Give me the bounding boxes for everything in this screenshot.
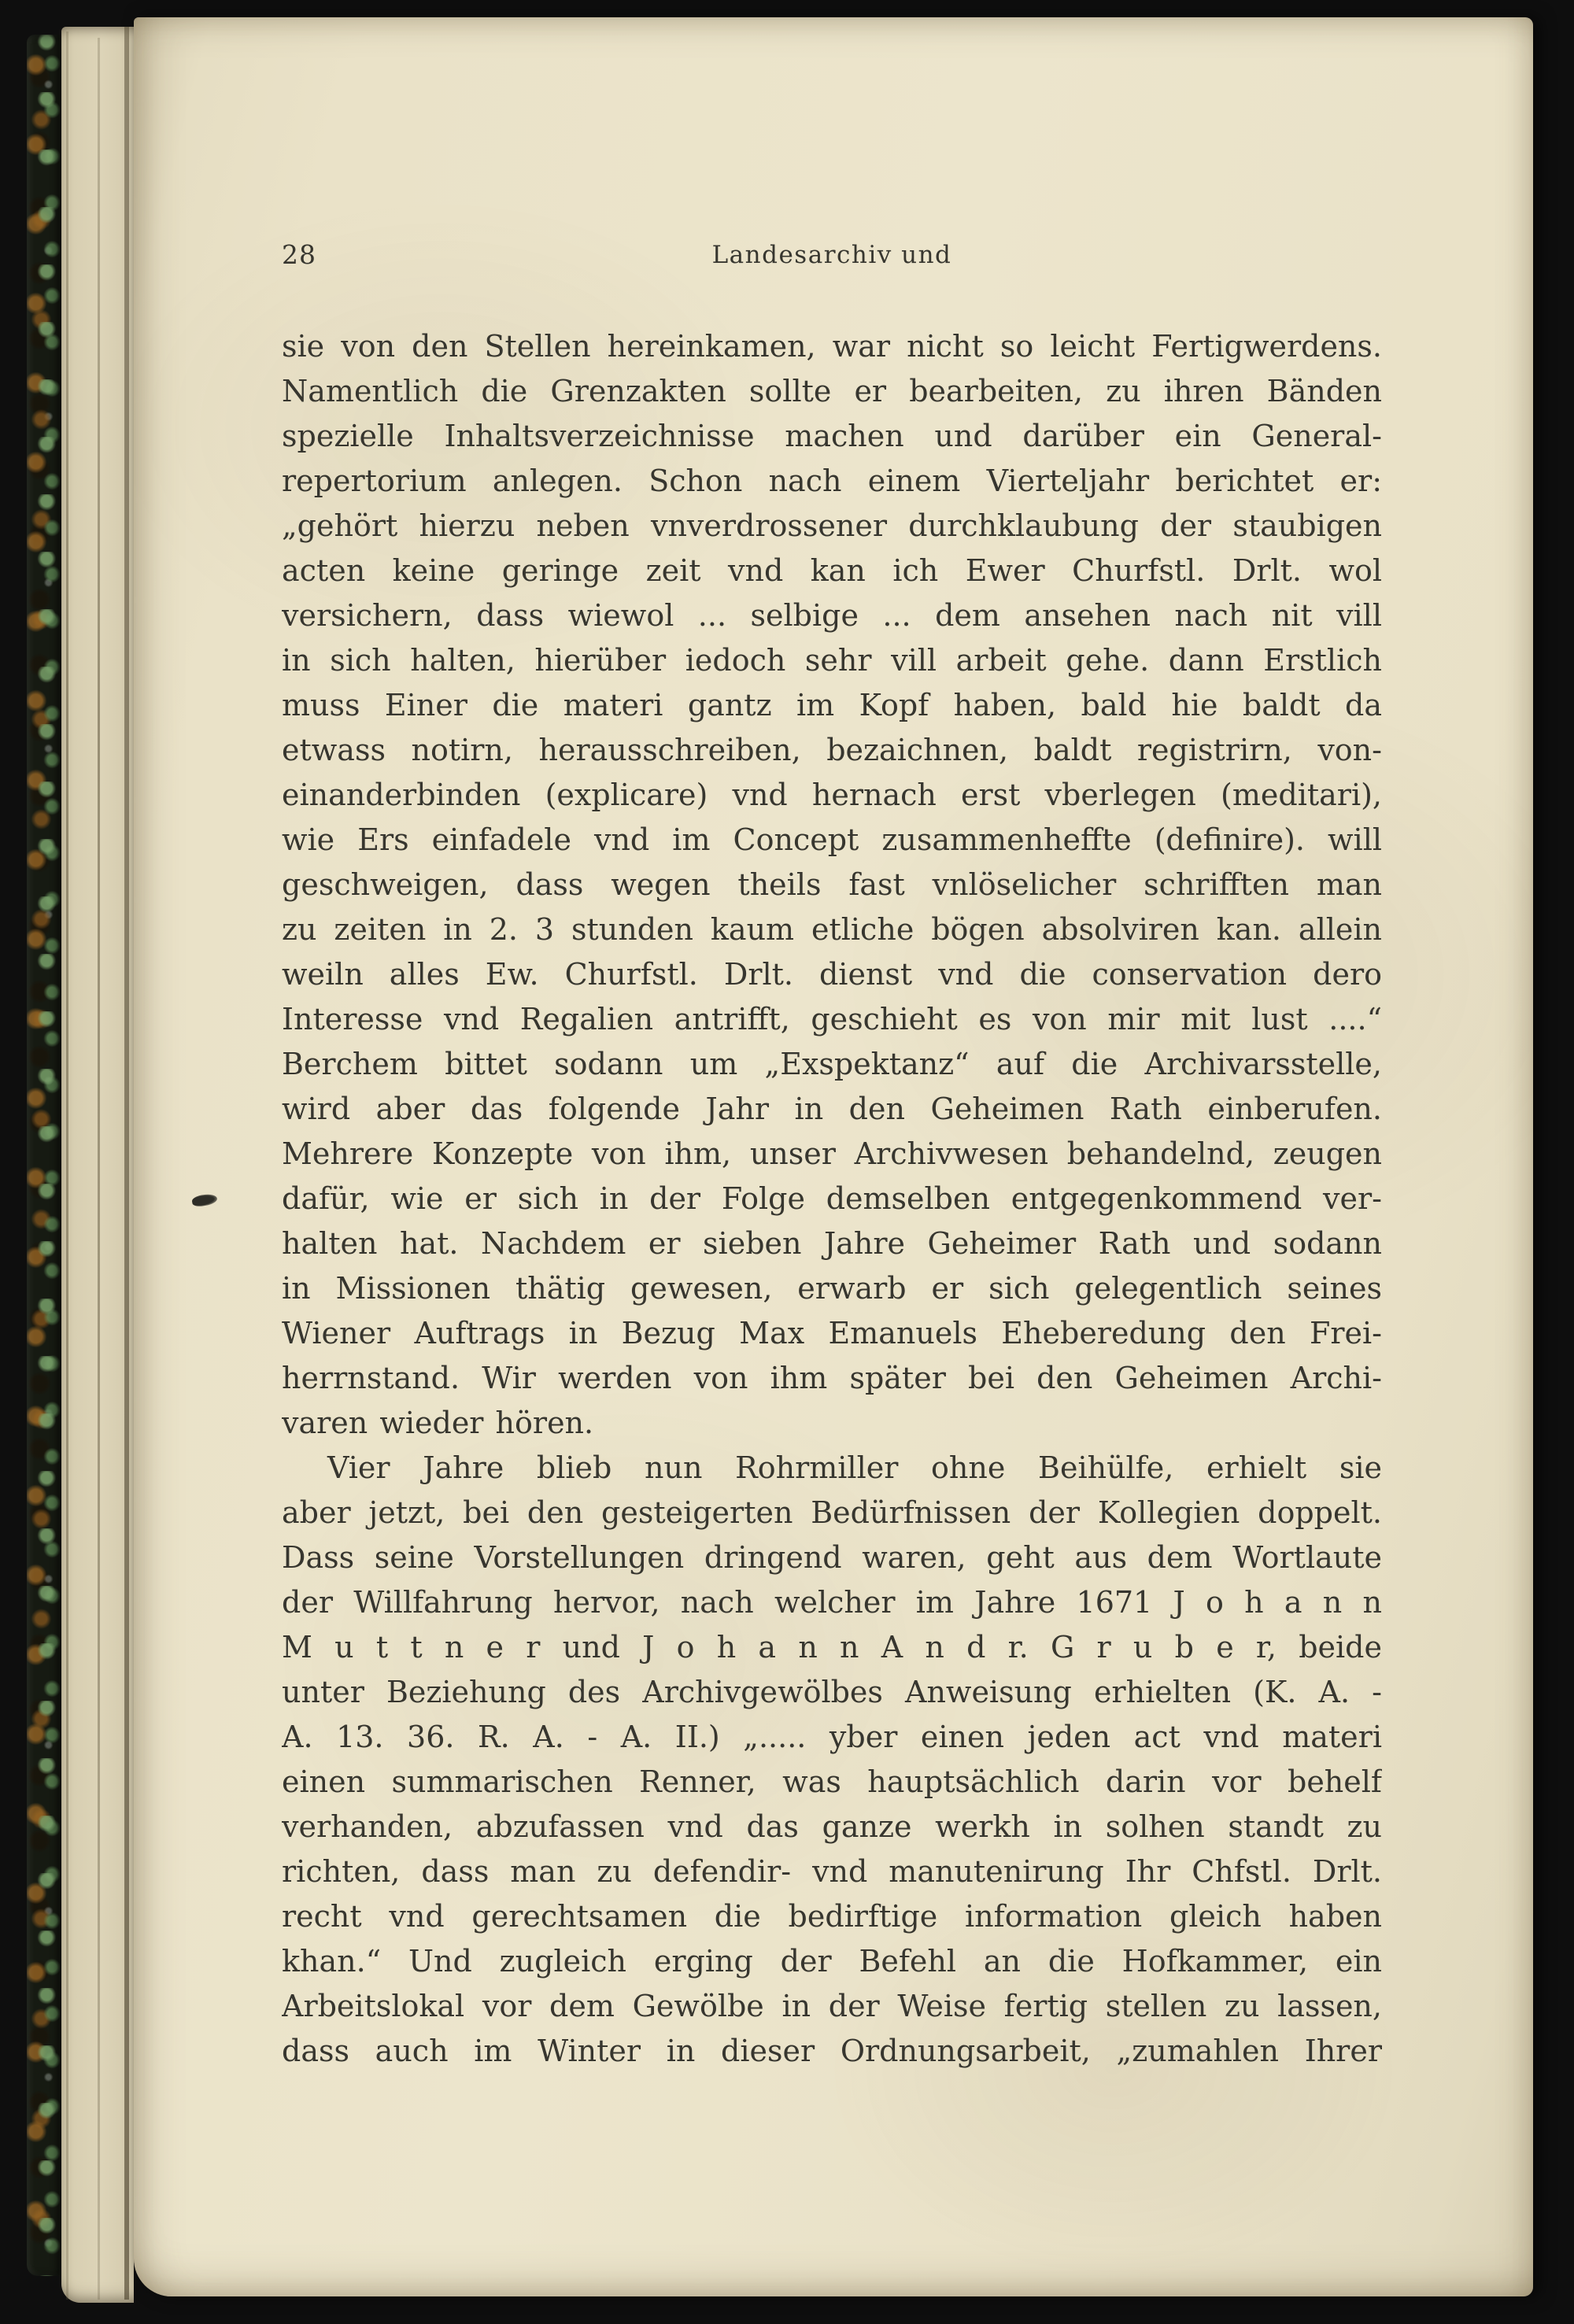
text-line: Namentlich die Grenzakten sollte er bear… — [282, 369, 1382, 414]
text-line: Wiener Auftrags in Bezug Max Emanuels Eh… — [282, 1311, 1382, 1356]
page-edge-line — [98, 38, 100, 2300]
text-line: acten keine geringe zeit vnd kan ich Ewe… — [282, 549, 1382, 593]
body-text: sie von den Stellen hereinkamen, war nic… — [282, 324, 1382, 2074]
text-line: spezielle Inhaltsverzeichnisse machen un… — [282, 414, 1382, 459]
text-line: dafür, wie er sich in der Folge demselbe… — [282, 1177, 1382, 1221]
text-line: geschweigen, dass wegen theils fast vnlö… — [282, 863, 1382, 907]
page-edge-line — [124, 27, 129, 2300]
text-line: wird aber das folgende Jahr in den Gehei… — [282, 1087, 1382, 1132]
text-line: A. 13. 36. R. A. - A. II.) „..... yber e… — [282, 1715, 1382, 1760]
text-line: repertorium anlegen. Schon nach einem Vi… — [282, 459, 1382, 504]
book-cover-marbled-edge — [27, 35, 63, 2276]
page-edge-line — [66, 31, 68, 2300]
text-line: Arbeitslokal vor dem Gewölbe in der Weis… — [282, 1984, 1382, 2029]
text-line: halten hat. Nachdem er sieben Jahre Gehe… — [282, 1221, 1382, 1266]
text-line: in sich halten, hierüber iedoch sehr vil… — [282, 638, 1382, 683]
text-line: Vier Jahre blieb nun Rohrmiller ohne Bei… — [282, 1446, 1382, 1491]
text-line: wie Ers einfadele vnd im Concept zusamme… — [282, 818, 1382, 863]
text-line: varen wieder hören. — [282, 1401, 1382, 1446]
text-line: etwass notirn, herausschreiben, bezaichn… — [282, 728, 1382, 773]
page-edge-stack — [61, 27, 134, 2303]
text-line: Berchem bittet sodann um „Exspektanz“ au… — [282, 1042, 1382, 1087]
text-line: herrnstand. Wir werden von ihm später be… — [282, 1356, 1382, 1401]
text-line: dass auch im Winter in dieser Ordnungsar… — [282, 2029, 1382, 2074]
text-line: sie von den Stellen hereinkamen, war nic… — [282, 324, 1382, 369]
book-page: 28 Landesarchiv und sie von den Stellen … — [134, 17, 1533, 2296]
text-line: richten, dass man zu defendir- vnd manut… — [282, 1849, 1382, 1894]
text-line: aber jetzt, bei den gesteigerten Bedürfn… — [282, 1491, 1382, 1535]
page-content: 28 Landesarchiv und sie von den Stellen … — [134, 239, 1533, 2074]
text-line: in Missionen thätig gewesen, erwarb er s… — [282, 1266, 1382, 1311]
text-line: unter Beziehung des Archivgewölbes Anwei… — [282, 1670, 1382, 1715]
text-line: versichern, dass wiewol ... selbige ... … — [282, 593, 1382, 638]
text-line: M u t t n e r und J o h a n n A n d r. G… — [282, 1625, 1382, 1670]
text-line: Mehrere Konzepte von ihm, unser Archivwe… — [282, 1132, 1382, 1177]
text-line: der Willfahrung hervor, nach welcher im … — [282, 1580, 1382, 1625]
text-line: Dass seine Vorstellungen dringend waren,… — [282, 1535, 1382, 1580]
scanned-book-page-photo: 28 Landesarchiv und sie von den Stellen … — [0, 0, 1574, 2324]
running-header: Landesarchiv und — [282, 241, 1382, 269]
page-header: 28 Landesarchiv und — [282, 239, 1382, 272]
text-line: einanderbinden (explicare) vnd hernach e… — [282, 773, 1382, 818]
text-line: „gehört hierzu neben vnverdrossener durc… — [282, 504, 1382, 549]
text-line: einen summarischen Renner, was hauptsäch… — [282, 1760, 1382, 1805]
text-line: recht vnd gerechtsamen die bedirftige in… — [282, 1894, 1382, 1939]
text-line: zu zeiten in 2. 3 stunden kaum etliche b… — [282, 907, 1382, 952]
text-line: Interesse vnd Regalien antrifft, geschie… — [282, 997, 1382, 1042]
text-line: khan.“ Und zugleich erging der Befehl an… — [282, 1939, 1382, 1984]
text-line: verhanden, abzufassen vnd das ganze werk… — [282, 1805, 1382, 1849]
text-line: weiln alles Ew. Churfstl. Drlt. dienst v… — [282, 952, 1382, 997]
text-line: muss Einer die materi gantz im Kopf habe… — [282, 683, 1382, 728]
